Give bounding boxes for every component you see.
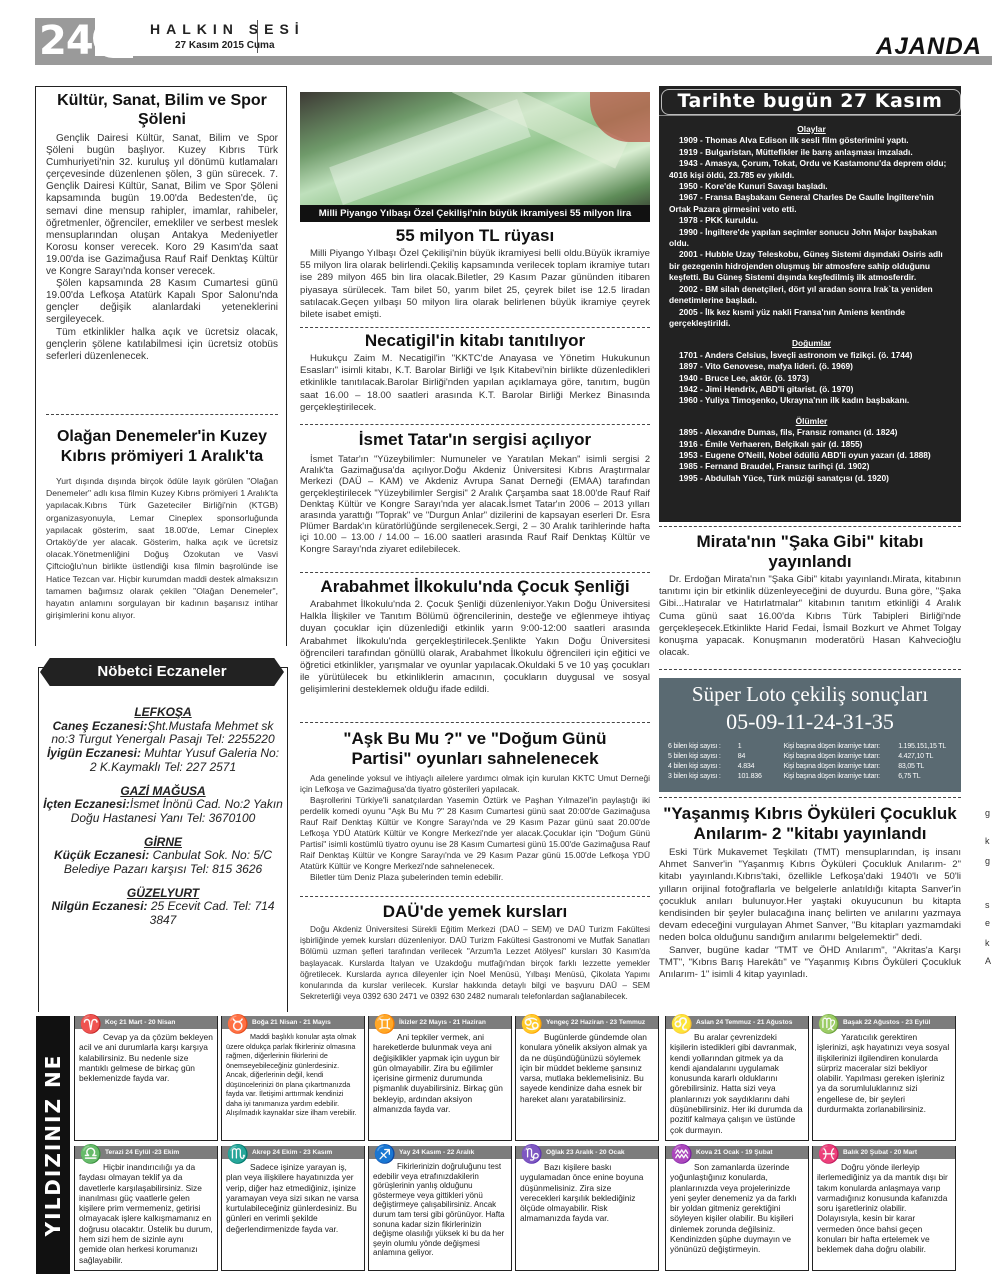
article-arabahmet: Arabahmet İlkokulu'nda Çocuk Şenliği Ara…	[300, 577, 650, 697]
prize-amount: 1.195.151,15 TL	[898, 742, 958, 752]
event-item: 1909 - Thomas Alva Edison ilk sesli film…	[669, 135, 954, 146]
horoscope-text: Hiçbir inandırıcılığı ya da faydası olma…	[75, 1159, 217, 1265]
events-label: Olaylar	[669, 124, 954, 135]
horoscope-card: Kova 21 Ocak - 19 Şubat♒Son zamanlarda ü…	[665, 1146, 809, 1271]
horoscope-text: Bugünlerde gündemde olan konulara yöneli…	[516, 1029, 658, 1104]
prize-label: Kişi başına düşen ikramiye tutarı:	[784, 762, 899, 772]
loto-numbers: 05-09-11-24-31-35	[659, 709, 961, 735]
horoscope-card: Akrep 24 Ekim - 23 Kasım♏Sadece işinize …	[221, 1146, 365, 1271]
match-label: 3 bilen kişi sayısı :	[668, 772, 738, 782]
match-label: 4 bilen kişi sayısı :	[668, 762, 738, 772]
taurus-icon: ♉	[226, 1012, 250, 1036]
match-label: 5 bilen kişi sayısı :	[668, 752, 738, 762]
pharmacy-entry: İçten Eczanesi:İsmet İnönü Cad. No:2 Yak…	[43, 798, 283, 825]
horoscope-card: Koç 21 Mart - 20 Nisan♈Cevap ya da çözüm…	[74, 1016, 218, 1141]
horoscope-text: Bazı kişilere baskı uygulamadan önce eni…	[516, 1159, 658, 1224]
page-number: 24	[35, 18, 95, 65]
death-item: 1995 - Abdullah Yüce, Türk müziği sanatç…	[669, 473, 954, 484]
death-item: 1895 - Alexandre Dumas, fils, Fransız ro…	[669, 427, 954, 438]
libra-icon: ♎	[79, 1142, 103, 1166]
virgo-icon: ♍	[817, 1012, 841, 1036]
event-item: 1990 - İngiltere'de yapılan seçimler son…	[669, 227, 954, 250]
on-this-day-body: Olaylar 1909 - Thomas Alva Edison ilk se…	[669, 124, 954, 484]
pharmacy-group: GÜZELYURTNilgün Eczanesi: 25 Ecevit Cad.…	[43, 887, 283, 928]
prize-amount: 4.427,10 TL	[898, 752, 958, 762]
header-rule	[35, 56, 992, 65]
horoscope-card: Başak 22 Ağustos - 23 Eylül♍Yaratıcılık …	[812, 1016, 956, 1141]
article-body: İsmet Tatar'ın "Yüzeybilimler: Numuneler…	[300, 454, 650, 555]
article-body: Ada genelinde yoksul ve ihtiyaçlı ailele…	[300, 773, 650, 883]
death-item: 1985 - Fernand Braudel, Fransız tarihçi …	[669, 461, 954, 472]
aries-icon: ♈	[79, 1012, 103, 1036]
horoscope-card: Aslan 24 Temmuz - 21 Ağustos♌Bu aralar ç…	[665, 1016, 809, 1141]
horoscope-text: Ani tepkiler vermek, ani hareketlerde bu…	[369, 1029, 511, 1114]
divider	[300, 896, 650, 897]
cancer-icon: ♋	[520, 1012, 544, 1036]
article-body: Hukukçu Zaim M. Necatigil'in "KKTC'de An…	[300, 353, 650, 414]
kultur-paragraph: Şölen kapsamında 28 Kasım Cumartesi günü…	[46, 278, 278, 326]
capricorn-icon: ♑	[520, 1142, 544, 1166]
horoscope-text: Cevap ya da çözüm bekleyen acil ve ani d…	[75, 1029, 217, 1083]
horoscope-side-banner: YILDIZINIZ NE DİYOR ?	[36, 1016, 70, 1274]
article-headline: "Aşk Bu Mu ?" ve "Doğum Günü Partisi" oy…	[300, 729, 650, 769]
horoscope-card: Yengeç 22 Haziran - 23 Temmuz♋Bugünlerde…	[515, 1016, 659, 1141]
event-item: 2001 - Hubble Uzay Teleskobu, Güneş Sist…	[669, 249, 954, 283]
article-headline: Mirata'nın "Şaka Gibi" kitabı yayınlandı	[659, 532, 961, 572]
pisces-icon: ♓	[817, 1142, 841, 1166]
horoscope-text: Fikirlerinizin doğruluğunu test edebilir…	[369, 1159, 511, 1258]
births-list: 1701 - Anders Celsius, İsveçli astronom …	[669, 350, 954, 407]
divider	[659, 797, 961, 798]
article-headline: Necatigil'in kitabı tanıtılıyor	[300, 331, 650, 351]
sagittarius-icon: ♐	[373, 1142, 397, 1166]
article-headline: DAÜ'de yemek kursları	[300, 902, 650, 922]
pharmacy-list: LEFKOŞACaneş Eczanesi:Şht.Mustafa Mehmet…	[43, 702, 283, 938]
bleed-char: k	[985, 938, 990, 948]
gemini-icon: ♊	[373, 1012, 397, 1036]
bleed-char: g	[985, 808, 990, 818]
scorpio-icon: ♏	[226, 1142, 250, 1166]
prize-label: Kişi başına düşen ikramiye tutarı:	[784, 772, 899, 782]
divider	[300, 572, 650, 573]
births-label: Doğumlar	[669, 338, 954, 349]
winner-count: 84	[738, 752, 784, 762]
horoscope-text: Yaratıcılık gerektiren işlerinizi, aşk h…	[813, 1029, 955, 1114]
article-headline: "Yaşanmış Kıbrıs Öyküleri Çocukluk Anıla…	[659, 804, 961, 844]
death-item: 1953 - Eugene O'Neill, Nobel ödüllü ABD'…	[669, 450, 954, 461]
event-item: 2002 - BM silah denetçileri, dört yıl ar…	[669, 284, 954, 307]
match-label: 6 bilen kişi sayısı :	[668, 742, 738, 752]
pharmacy-title: Nöbetci Eczaneler	[40, 658, 284, 686]
event-item: 1978 - PKK kuruldu.	[669, 215, 954, 226]
event-item: 1967 - Fransa Başbakanı General Charles …	[669, 192, 954, 215]
divider	[46, 414, 278, 415]
article-necatigil: Necatigil'in kitabı tanıtılıyor Hukukçu …	[300, 331, 650, 414]
article-piyango: 55 milyon TL rüyası Milli Piyango Yılbaş…	[300, 226, 650, 321]
pharmacy-entry: Küçük Eczanesi: Canbulat Sok. No: 5/C Be…	[43, 849, 283, 876]
loto-row: 6 bilen kişi sayısı :1Kişi başına düşen …	[668, 742, 958, 752]
birth-item: 1701 - Anders Celsius, İsveçli astronom …	[669, 350, 954, 361]
kultur-paragraph: Gençlik Dairesi Kültür, Sanat, Bilim ve …	[46, 133, 278, 278]
horoscope-card: İkizler 22 Mayıs - 21 Haziran♊Ani tepkil…	[368, 1016, 512, 1141]
olagan-headline: Olağan Denemeler'in Kuzey Kıbrıs prömiye…	[44, 427, 280, 467]
article-yasanmis: "Yaşanmış Kıbrıs Öyküleri Çocukluk Anıla…	[659, 804, 961, 981]
header-separator	[257, 20, 258, 53]
birth-item: 1960 - Yuliya Timoşenko, Ukrayna'nın ilk…	[669, 395, 954, 406]
article-ask-bu-mu: "Aşk Bu Mu ?" ve "Doğum Günü Partisi" oy…	[300, 729, 650, 883]
pharmacy-entry: Nilgün Eczanesi: 25 Ecevit Cad. Tel: 714…	[43, 900, 283, 927]
horoscope-card: Terazi 24 Eylül -23 Ekim♎Hiçbir inandırı…	[74, 1146, 218, 1271]
pharmacy-address: 25 Ecevit Cad. Tel: 714 3847	[148, 899, 275, 927]
pharmacy-entry: İyigün Eczanesi: Muhtar Yusuf Galeria No…	[43, 747, 283, 774]
event-item: 2005 - İlk kez kısmi yüz nakli Fransa'nı…	[669, 307, 954, 330]
winner-count: 101.836	[738, 772, 784, 782]
article-tatar: İsmet Tatar'ın sergisi açılıyor İsmet Ta…	[300, 430, 650, 555]
article-paragraph: Dr. Erdoğan Mirata'nın "Şaka Gibi" kitab…	[659, 574, 961, 659]
pharmacy-name: Caneş Eczanesi:	[53, 719, 148, 733]
pharmacy-box: LEFKOŞACaneş Eczanesi:Şht.Mustafa Mehmet…	[38, 667, 288, 1012]
pharmacy-group: LEFKOŞACaneş Eczanesi:Şht.Mustafa Mehmet…	[43, 706, 283, 775]
deaths-label: Ölümler	[669, 416, 954, 427]
newspaper-name: HALKIN SESİ	[150, 21, 305, 37]
article-paragraph: Hukukçu Zaim M. Necatigil'in "KKTC'de An…	[300, 353, 650, 414]
birth-item: 1897 - Vito Genovese, mafya lideri. (ö. …	[669, 361, 954, 372]
horoscope-text: Bu aralar çevrenizdeki kişilerin istedik…	[666, 1029, 808, 1135]
on-this-day-title: Tarihte bugün 27 Kasım	[659, 86, 961, 116]
prize-label: Kişi başına düşen ikramiye tutarı:	[784, 742, 899, 752]
article-body: Arabahmet İlkokulu'nda 2. Çocuk Şenliği …	[300, 599, 650, 697]
horoscope-text: Sadece işinize yarayan iş, plan veya ili…	[222, 1159, 364, 1234]
divider	[300, 722, 650, 723]
article-headline: Arabahmet İlkokulu'nda Çocuk Şenliği	[300, 577, 650, 597]
pharmacy-group: GİRNEKüçük Eczanesi: Canbulat Sok. No: 5…	[43, 836, 283, 877]
article-headline: 55 milyon TL rüyası	[300, 226, 650, 246]
article-paragraph: İsmet Tatar'ın "Yüzeybilimler: Numuneler…	[300, 454, 650, 555]
pharmacy-city: GÜZELYURT	[43, 887, 283, 901]
divider	[659, 526, 961, 527]
article-body: Dr. Erdoğan Mirata'nın "Şaka Gibi" kitab…	[659, 574, 961, 659]
horoscope-card: Boğa 21 Nisan - 21 Mayıs♉Maddi başlıklı …	[221, 1016, 365, 1141]
article-paragraph: Milli Piyango Yılbaşı Özel Çekilişi'nin …	[300, 248, 650, 321]
deaths-list: 1895 - Alexandre Dumas, fils, Fransız ro…	[669, 427, 954, 484]
header-curve	[93, 18, 133, 58]
olagan-paragraph: Yurt dışında dışında birçok ödüle layık …	[46, 475, 278, 621]
article-paragraph: Sanver, bugüne kadar "TMT ve ÖHD Anıları…	[659, 945, 961, 982]
page-header: 24 HALKIN SESİ 27 Kasım 2015 Cuma	[35, 18, 992, 65]
horoscope-text: Maddi başlıklı konular aşta olmak üzere …	[222, 1029, 364, 1118]
section-title: AJANDA	[876, 33, 982, 61]
left-article-box: Kültür, Sanat, Bilim ve Spor Şöleni Genç…	[35, 86, 287, 646]
horoscope-card: Balık 20 Şubat - 20 Mart♓Doğru yönde ile…	[812, 1146, 956, 1271]
pharmacy-city: LEFKOŞA	[43, 706, 283, 720]
prize-label: Kişi başına düşen ikramiye tutarı:	[784, 752, 899, 762]
loto-results-table: 6 bilen kişi sayısı :1Kişi başına düşen …	[668, 742, 958, 782]
birth-item: 1942 - Jimi Hendrix, ABD'li gitarist. (ö…	[669, 384, 954, 395]
article-mirata: Mirata'nın "Şaka Gibi" kitabı yayınlandı…	[659, 532, 961, 659]
bleed-char: g	[985, 856, 990, 866]
pharmacy-name: Nilgün Eczanesi:	[52, 899, 148, 913]
event-item: 1943 - Amasya, Çorum, Tokat, Ordu ve Kas…	[669, 158, 954, 181]
pharmacy-city: GİRNE	[43, 836, 283, 850]
loto-title: Süper Loto çekiliş sonuçları	[659, 682, 961, 707]
super-loto-box: Süper Loto çekiliş sonuçları 05-09-11-24…	[659, 678, 961, 792]
aquarius-icon: ♒	[670, 1142, 694, 1166]
winner-count: 1	[738, 742, 784, 752]
photo-caption: Milli Piyango Yılbaşı Özel Çekilişi'nin …	[300, 205, 650, 222]
horoscope-title: YILDIZINIZ NE DİYOR ?	[36, 1016, 70, 1274]
bleed-char: A	[985, 956, 991, 966]
article-paragraph: Eski Türk Mukavemet Teşkilatı (TMT) mens…	[659, 847, 961, 945]
kultur-headline: Kültür, Sanat, Bilim ve Spor Şöleni	[46, 91, 278, 129]
event-item: 1919 - Bulgaristan, Müttefikler ile barı…	[669, 147, 954, 158]
event-item: 1950 - Kore'de Kunuri Savaşı başladı.	[669, 181, 954, 192]
pharmacy-name: İyigün Eczanesi:	[47, 746, 141, 760]
horoscope-card: Oğlak 23 Aralık - 20 Ocak♑Bazı kişilere …	[515, 1146, 659, 1271]
issue-date: 27 Kasım 2015 Cuma	[175, 40, 275, 51]
horoscope-text: Son zamanlarda üzerinde yoğunlaştığınız …	[666, 1159, 808, 1255]
pharmacy-entry: Caneş Eczanesi:Şht.Mustafa Mehmet sk no:…	[43, 720, 283, 747]
birth-item: 1940 - Bruce Lee, aktör. (ö. 1973)	[669, 373, 954, 384]
article-body: Doğu Akdeniz Üniversitesi Sürekli Eğitim…	[300, 924, 650, 1002]
kultur-body: Gençlik Dairesi Kültür, Sanat, Bilim ve …	[46, 133, 278, 363]
olagan-body: Yurt dışında dışında birçok ödüle layık …	[46, 475, 278, 621]
article-paragraph: Ada genelinde yoksul ve ihtiyaçlı ailele…	[300, 773, 650, 795]
bleed-char: e	[985, 918, 990, 928]
loto-row: 5 bilen kişi sayısı :84Kişi başına düşen…	[668, 752, 958, 762]
loto-row: 4 bilen kişi sayısı :4.834Kişi başına dü…	[668, 762, 958, 772]
divider	[300, 327, 650, 328]
pharmacy-name: İçten Eczanesi:	[43, 797, 130, 811]
horoscope-card: Yay 24 Kasım - 22 Aralık♐Fikirlerinizin …	[368, 1146, 512, 1271]
winner-count: 4.834	[738, 762, 784, 772]
article-paragraph: Arabahmet İlkokulu'nda 2. Çocuk Şenliği …	[300, 599, 650, 697]
bleed-char: k	[985, 836, 990, 846]
article-body: Milli Piyango Yılbaşı Özel Çekilişi'nin …	[300, 248, 650, 321]
lottery-photo	[300, 92, 650, 222]
divider	[300, 424, 650, 425]
on-this-day-box: Tarihte bugün 27 Kasım Olaylar 1909 - Th…	[659, 86, 961, 522]
kultur-paragraph: Tüm etkinlikler halka açık ve ücretsiz o…	[46, 327, 278, 363]
article-paragraph: Başrollerini Türkiye'li sanatçılardan Ya…	[300, 795, 650, 872]
pharmacy-group: GAZİ MAĞUSAİçten Eczanesi:İsmet İnönü Ca…	[43, 785, 283, 826]
article-dau: DAÜ'de yemek kursları Doğu Akdeniz Ünive…	[300, 902, 650, 1002]
leo-icon: ♌	[670, 1012, 694, 1036]
pharmacy-name: Küçük Eczanesi:	[54, 848, 149, 862]
events-list: 1909 - Thomas Alva Edison ilk sesli film…	[669, 135, 954, 329]
death-item: 1916 - Émile Verhaeren, Belçikalı şair (…	[669, 439, 954, 450]
article-headline: İsmet Tatar'ın sergisi açılıyor	[300, 430, 650, 450]
horoscope-text: Doğru yönde ilerleyip ilerlemediğiniz ya…	[813, 1159, 955, 1255]
article-body: Eski Türk Mukavemet Teşkilatı (TMT) mens…	[659, 847, 961, 981]
prize-amount: 83,05 TL	[898, 762, 958, 772]
divider	[659, 669, 961, 670]
article-paragraph: Biletler tüm Deniz Plaza şubelerinden te…	[300, 872, 650, 883]
loto-row: 3 bilen kişi sayısı :101.836Kişi başına …	[668, 772, 958, 782]
bleed-char: s	[985, 900, 990, 910]
article-paragraph: Doğu Akdeniz Üniversitesi Sürekli Eğitim…	[300, 924, 650, 1002]
prize-amount: 6,75 TL	[898, 772, 958, 782]
